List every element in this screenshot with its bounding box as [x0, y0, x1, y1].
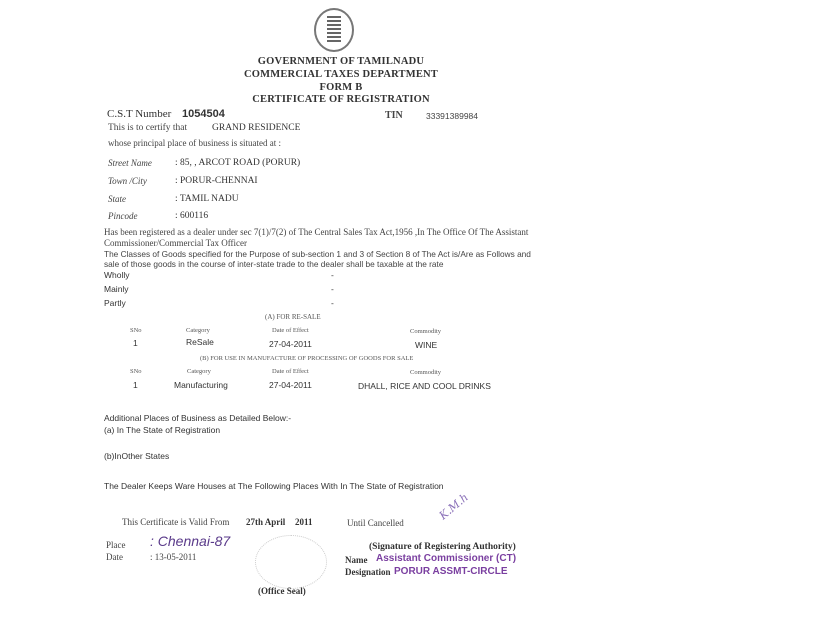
date-value: : 13-05-2011 — [150, 552, 196, 562]
rate-mainly-label: Mainly — [104, 284, 129, 294]
office-seal-label: (Office Seal) — [258, 586, 306, 596]
signature-name-value: Assistant Commissioner (CT) — [376, 553, 516, 564]
section-b-header-category: Category — [187, 368, 211, 375]
street-value: : 85, , ARCOT ROAD (PORUR) — [175, 158, 300, 168]
rate-mainly-value: - — [331, 284, 334, 294]
office-seal-stamp — [255, 535, 327, 589]
signature-designation-value: PORUR ASSMT-CIRCLE — [394, 566, 508, 577]
validity-date: 27th April — [246, 517, 285, 527]
warehouse-text: The Dealer Keeps Ware Houses at The Foll… — [104, 481, 444, 491]
section-a-header-commodity: Commodity — [410, 328, 441, 335]
classes-text-line1: The Classes of Goods specified for the P… — [104, 249, 531, 259]
place-label: Place — [106, 540, 126, 550]
section-a-header-category: Category — [186, 327, 210, 334]
validity-until: Until Cancelled — [347, 518, 404, 528]
cst-number: 1054504 — [182, 108, 225, 120]
rate-partly-value: - — [331, 298, 334, 308]
certify-label: This is to certify that — [108, 123, 187, 133]
rate-partly-label: Partly — [104, 298, 126, 308]
signature-title: (Signature of Registering Authority) — [369, 542, 516, 552]
tin-label: TIN — [385, 110, 403, 121]
date-label: Date — [106, 552, 123, 562]
rate-wholly-label: Wholly — [104, 270, 130, 280]
signature-name-label: Name — [345, 555, 368, 565]
additional-places-title: Additional Places of Business as Detaile… — [104, 413, 291, 423]
registration-text-line1: Has been registered as a dealer under se… — [104, 227, 528, 237]
pincode-label: Pincode — [108, 211, 138, 221]
section-a-row-category: ReSale — [186, 337, 214, 347]
place-value: : Chennai-87 — [150, 533, 230, 549]
section-a-title: (A) FOR RE-SALE — [265, 313, 321, 321]
section-b-header-commodity: Commodity — [410, 369, 441, 376]
pincode-value: : 600116 — [175, 211, 208, 221]
tamilnadu-emblem-icon — [314, 8, 354, 52]
rate-wholly-value: - — [331, 270, 334, 280]
city-value: : PORUR-CHENNAI — [175, 176, 258, 186]
section-b-row-commodity: DHALL, RICE AND COOL DRINKS — [358, 381, 491, 391]
additional-places-b: (b)InOther States — [104, 451, 169, 461]
header-government: GOVERNMENT OF TAMILNADU — [0, 56, 682, 67]
header-form: FORM B — [0, 82, 682, 93]
registration-text-line2: Commissioner/Commercial Tax Officer — [104, 238, 247, 248]
principal-place-label: whose principal place of business is sit… — [108, 138, 281, 148]
section-a-row-commodity: WINE — [415, 340, 437, 350]
validity-year: 2011 — [295, 517, 313, 527]
section-a-header-date: Date of Effect — [272, 327, 309, 334]
section-b-row-date: 27-04-2011 — [269, 380, 312, 390]
validity-label: This Certificate is Valid From — [122, 517, 229, 527]
section-b-row-sno: 1 — [133, 380, 138, 390]
signature-designation-label: Designation — [345, 567, 391, 577]
section-b-title: (B) FOR USE IN MANUFACTURE OF PROCESSING… — [200, 355, 413, 362]
dealer-name: GRAND RESIDENCE — [212, 123, 300, 133]
additional-places-a: (a) In The State of Registration — [104, 425, 220, 435]
section-b-row-category: Manufacturing — [174, 380, 228, 390]
cst-label: C.S.T Number — [107, 108, 171, 120]
section-b-header-sno: SNo — [130, 368, 142, 375]
handwritten-initials: K.M.h — [437, 491, 471, 523]
state-value: : TAMIL NADU — [175, 194, 239, 204]
classes-text-line2: sale of those goods in the course of int… — [104, 259, 443, 269]
tin-number: 33391389984 — [426, 111, 478, 121]
city-label: Town /City — [108, 176, 147, 186]
section-a-row-sno: 1 — [133, 338, 138, 348]
header-department: COMMERCIAL TAXES DEPARTMENT — [0, 69, 682, 80]
state-label: State — [108, 194, 126, 204]
section-a-row-date: 27-04-2011 — [269, 339, 312, 349]
street-label: Street Name — [108, 158, 152, 168]
section-b-header-date: Date of Effect — [272, 368, 309, 375]
header-certificate-title: CERTIFICATE OF REGISTRATION — [0, 94, 682, 105]
section-a-header-sno: SNo — [130, 327, 142, 334]
